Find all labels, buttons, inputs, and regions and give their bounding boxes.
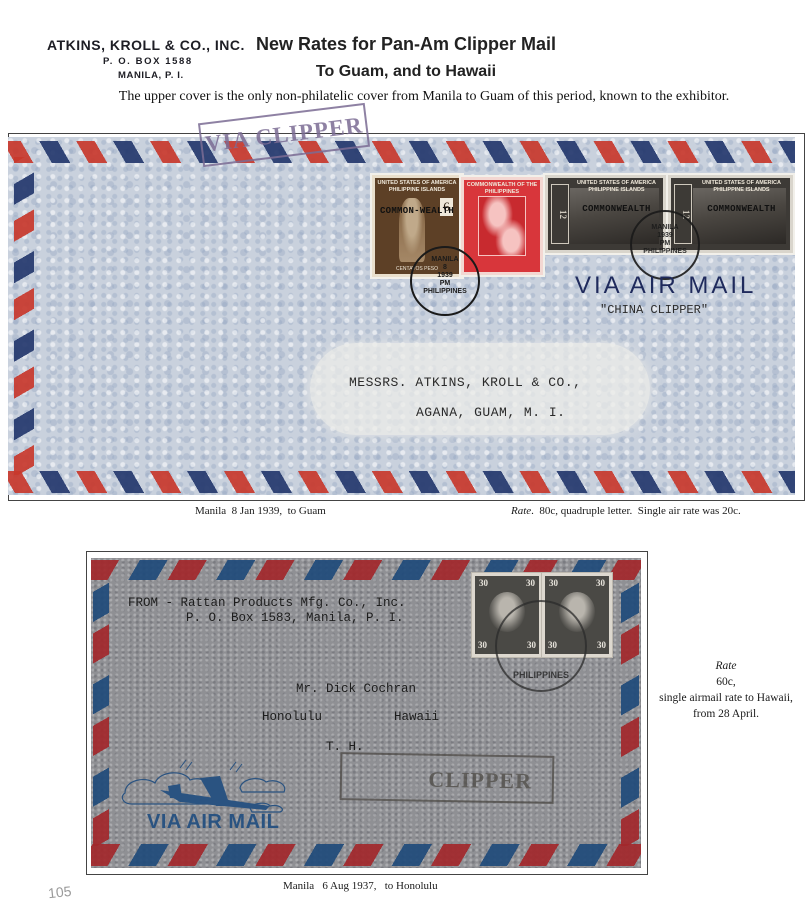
stamp-value: 30 bbox=[479, 578, 488, 588]
map-icon bbox=[478, 196, 526, 256]
sender-line-1: FROM - Rattan Products Mfg. Co., Inc. bbox=[128, 596, 406, 610]
sender-line-2: P. O. Box 1583, Manila, P. I. bbox=[186, 611, 404, 625]
airmail-border-left bbox=[14, 157, 34, 475]
stamp-value: 30 bbox=[526, 578, 535, 588]
stamp-value: 12 bbox=[551, 184, 569, 244]
airmail-border-left bbox=[93, 580, 109, 846]
recipient-line-1: MESSRS. ATKINS, KROLL & CO., bbox=[349, 375, 581, 390]
rate-amount: 60c, bbox=[636, 674, 812, 690]
airplane-cloud-icon bbox=[120, 758, 300, 818]
manila-postmark-1: MANILA 8 1939 PM PHILIPPINES bbox=[410, 246, 480, 316]
airmail-border-bottom bbox=[8, 471, 795, 493]
china-clipper-label: "CHINA CLIPPER" bbox=[600, 303, 708, 317]
sender-city: MANILA, P. I. bbox=[118, 70, 245, 81]
landscape-icon bbox=[693, 188, 786, 244]
recipient-line-2: AGANA, GUAM, M. I. bbox=[416, 405, 565, 420]
rate-label: Rate bbox=[511, 505, 531, 517]
stamp-overprint: COMMONWEALTH bbox=[693, 204, 790, 214]
cover1-caption: Manila 8 Jan 1939, to Guam bbox=[195, 505, 326, 517]
stamp-header: UNITED STATES OF AMERICA PHILIPPINE ISLA… bbox=[570, 180, 663, 194]
rate-line-2: from 28 April. bbox=[636, 706, 812, 722]
stamp-value: 30 bbox=[596, 578, 605, 588]
sender-pobox: P. O. BOX 1588 bbox=[103, 56, 245, 67]
page-intro: The upper cover is the only non-philatel… bbox=[0, 89, 812, 105]
rate-text: . 80c, quadruple letter. Single air rate… bbox=[531, 505, 741, 517]
cover1-sender: ATKINS, KROLL & CO., INC. P. O. BOX 1588… bbox=[47, 37, 245, 81]
stamp-value: 30 bbox=[597, 640, 606, 650]
postmark-text: MANILA 8 1939 PM PHILIPPINES bbox=[412, 256, 478, 296]
via-air-mail-label: VIA AIR MAIL bbox=[147, 811, 279, 834]
stamp-header: UNITED STATES OF AMERICA PHILIPPINE ISLA… bbox=[693, 180, 790, 194]
stamp-value: 30 bbox=[549, 578, 558, 588]
philippines-postmark: PHILIPPINES bbox=[495, 600, 587, 692]
airmail-border-bottom bbox=[91, 844, 641, 866]
recipient-name: Mr. Dick Cochran bbox=[296, 682, 416, 696]
stamp-header: COMMONWEALTH OF THE PHILIPPINES bbox=[464, 182, 540, 196]
sender-name: ATKINS, KROLL & CO., INC. bbox=[47, 37, 245, 53]
postmark-text: MANILA 1939 PM PHILIPPINES bbox=[632, 224, 698, 256]
cover1-rate-note: Rate. 80c, quadruple letter. Single air … bbox=[511, 505, 741, 517]
manila-postmark-2: MANILA 1939 PM PHILIPPINES bbox=[630, 210, 700, 280]
postmark-text: PHILIPPINES bbox=[497, 670, 585, 680]
stamp-value: 30 bbox=[478, 640, 487, 650]
recipient-city: Honolulu bbox=[262, 710, 322, 724]
rate-line-1: single airmail rate to Hawaii, bbox=[636, 690, 812, 706]
airmail-border-top bbox=[8, 141, 795, 163]
via-air-mail-label: VIA AIR MAIL bbox=[575, 272, 756, 300]
rate-label: Rate bbox=[636, 658, 812, 674]
cover2-caption: Manila 6 Aug 1937, to Honolulu bbox=[283, 880, 438, 892]
clipper-cachet: CLIPPER bbox=[340, 752, 555, 804]
recipient-state: Hawaii bbox=[394, 710, 439, 724]
stamp-header: UNITED STATES OF AMERICA PHILIPPINE ISLA… bbox=[375, 180, 459, 194]
stamp-overprint: COMMON-WEALTH bbox=[375, 206, 459, 216]
page-number: 105 bbox=[47, 883, 72, 901]
cover2-rate-note: Rate 60c, single airmail rate to Hawaii,… bbox=[636, 658, 812, 722]
